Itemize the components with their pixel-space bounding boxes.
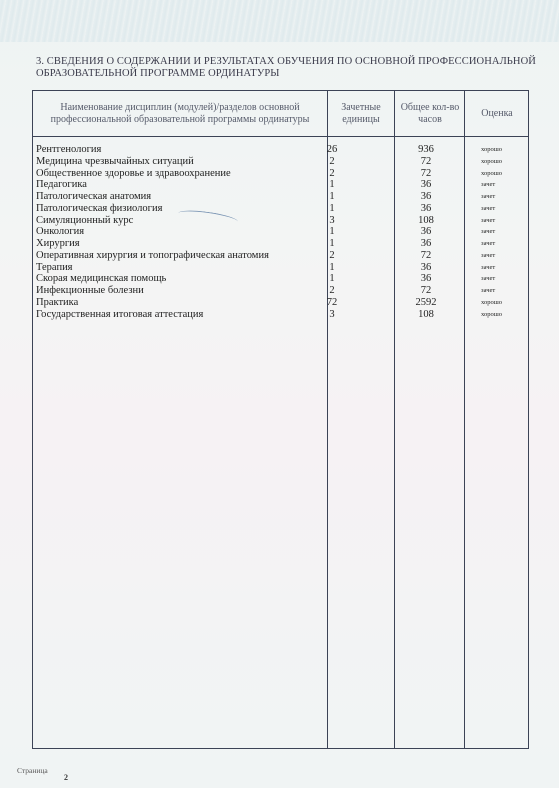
total-hours: 36 <box>406 226 446 238</box>
discipline-name: Медицина чрезвычайных ситуаций <box>36 156 194 168</box>
table-row: Общественное здоровье и здравоохранение2… <box>36 168 526 180</box>
discipline-name: Рентгенология <box>36 144 101 156</box>
total-hours: 72 <box>406 285 446 297</box>
table-row: Симуляционный курс3108зачет <box>36 215 526 227</box>
table-row: Скорая медицинская помощь136зачет <box>36 273 526 285</box>
credit-units: 1 <box>317 191 347 203</box>
credit-units: 1 <box>317 262 347 274</box>
discipline-name: Патологическая анатомия <box>36 191 151 203</box>
discipline-name: Патологическая физиология <box>36 203 162 215</box>
credit-units: 1 <box>317 226 347 238</box>
grade: зачет <box>481 203 495 215</box>
grade: зачет <box>481 179 495 191</box>
table-row: Медицина чрезвычайных ситуаций272хорошо <box>36 156 526 168</box>
credit-units: 3 <box>317 309 347 321</box>
table-row: Патологическая анатомия136зачет <box>36 191 526 203</box>
credit-units: 26 <box>317 144 347 156</box>
total-hours: 108 <box>406 309 446 321</box>
total-hours: 72 <box>406 168 446 180</box>
grade: зачет <box>481 238 495 250</box>
discipline-name: Оперативная хирургия и топографическая а… <box>36 250 269 262</box>
discipline-name: Общественное здоровье и здравоохранение <box>36 168 231 180</box>
credit-units: 2 <box>317 168 347 180</box>
header-total-hours: Общее кол-во часов <box>397 92 463 136</box>
grade: зачет <box>481 285 495 297</box>
credit-units: 1 <box>317 203 347 215</box>
total-hours: 108 <box>406 215 446 227</box>
credit-units: 2 <box>317 156 347 168</box>
header-credit-units: Зачетные единицы <box>330 92 392 136</box>
grade: хорошо <box>481 297 502 309</box>
page-number: 2 <box>64 773 68 782</box>
table-row: Государственная итоговая аттестация3108х… <box>36 309 526 321</box>
table-row: Хирургия136зачет <box>36 238 526 250</box>
discipline-name: Терапия <box>36 262 73 274</box>
grade: хорошо <box>481 309 502 321</box>
credit-units: 1 <box>317 179 347 191</box>
grade: зачет <box>481 273 495 285</box>
discipline-name: Практика <box>36 297 78 309</box>
total-hours: 72 <box>406 250 446 262</box>
table-row: Терапия136зачет <box>36 262 526 274</box>
credit-units: 72 <box>317 297 347 309</box>
credit-units: 2 <box>317 285 347 297</box>
table-row: Рентгенология26936хорошо <box>36 144 526 156</box>
grade: хорошо <box>481 144 502 156</box>
table-row: Патологическая физиология136зачет <box>36 203 526 215</box>
grade: зачет <box>481 226 495 238</box>
credit-units: 1 <box>317 238 347 250</box>
table-row: Онкология136зачет <box>36 226 526 238</box>
grade: зачет <box>481 250 495 262</box>
discipline-name: Скорая медицинская помощь <box>36 273 166 285</box>
grade: хорошо <box>481 156 502 168</box>
total-hours: 36 <box>406 238 446 250</box>
discipline-name: Государственная итоговая аттестация <box>36 309 203 321</box>
discipline-name: Инфекционные болезни <box>36 285 144 297</box>
discipline-name: Онкология <box>36 226 84 238</box>
header-grade: Оценка <box>466 92 528 136</box>
grade: хорошо <box>481 168 502 180</box>
table-row: Инфекционные болезни272зачет <box>36 285 526 297</box>
table-row: Оперативная хирургия и топографическая а… <box>36 250 526 262</box>
credit-units: 3 <box>317 215 347 227</box>
grade: зачет <box>481 262 495 274</box>
page-label: Страница <box>17 766 48 775</box>
table-row: Педагогика136зачет <box>36 179 526 191</box>
header-divider <box>32 136 529 137</box>
total-hours: 936 <box>406 144 446 156</box>
header-discipline-name: Наименование дисциплин (модулей)/раздело… <box>34 92 326 136</box>
table-row: Практика722592хорошо <box>36 297 526 309</box>
total-hours: 36 <box>406 203 446 215</box>
total-hours: 36 <box>406 273 446 285</box>
total-hours: 36 <box>406 179 446 191</box>
grade: зачет <box>481 191 495 203</box>
decorative-security-band <box>0 0 559 42</box>
grade: зачет <box>481 215 495 227</box>
discipline-name: Симуляционный курс <box>36 215 133 227</box>
section-title: 3. СВЕДЕНИЯ О СОДЕРЖАНИИ И РЕЗУЛЬТАТАХ О… <box>36 56 536 80</box>
discipline-name: Хирургия <box>36 238 80 250</box>
discipline-name: Педагогика <box>36 179 87 191</box>
credit-units: 2 <box>317 250 347 262</box>
total-hours: 2592 <box>406 297 446 309</box>
total-hours: 72 <box>406 156 446 168</box>
credit-units: 1 <box>317 273 347 285</box>
total-hours: 36 <box>406 262 446 274</box>
total-hours: 36 <box>406 191 446 203</box>
